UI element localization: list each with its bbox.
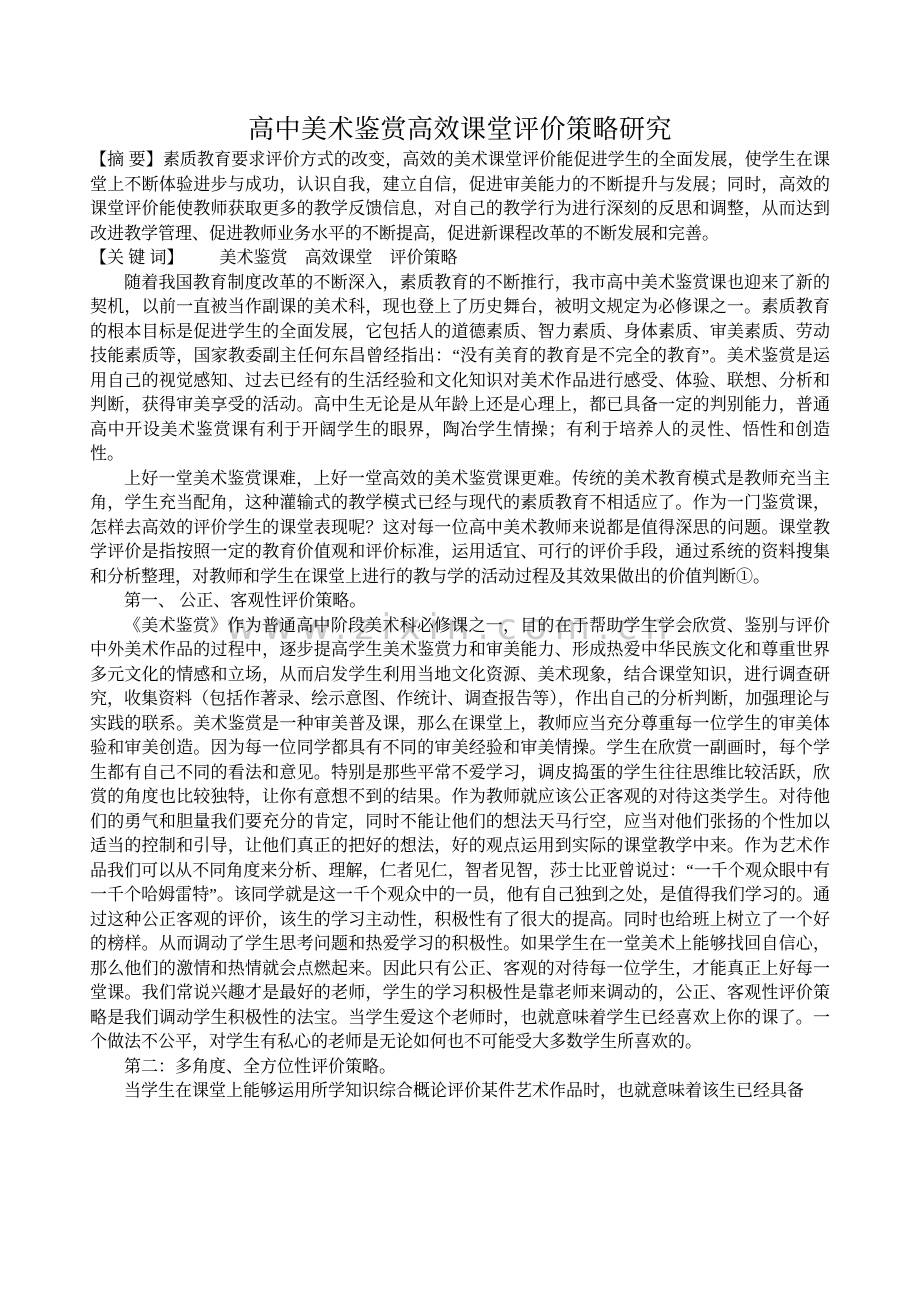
keywords-line: 【关 键 词】美术鉴赏 高效课堂 评价策略 [90, 246, 830, 271]
document-content: 高中美术鉴赏高效课堂评价策略研究 【摘 要】素质教育要求评价方式的改变，高效的美… [0, 0, 920, 1104]
abstract-paragraph: 【摘 要】素质教育要求评价方式的改变，高效的美术课堂评价能促进学生的全面发展，使… [90, 148, 830, 246]
body-paragraph-strategy-two: 当学生在课堂上能够运用所学知识综合概论评价某件艺术作品时，也就意味着该生已经具备 [90, 1079, 830, 1104]
section-heading-second: 第二：多角度、全方位性评价策略。 [90, 1055, 830, 1080]
body-paragraph-intro: 随着我国教育制度改革的不断深入，素质教育的不断推行，我市高中美术鉴赏课也迎来了新… [90, 271, 830, 467]
keywords-label: 【关 键 词】 [90, 248, 184, 267]
document-page: www.zixin.com.cn 高中美术鉴赏高效课堂评价策略研究 【摘 要】素… [0, 0, 920, 1302]
abstract-label: 【摘 要】 [90, 150, 163, 169]
body-paragraph-problem: 上好一堂美术鉴赏课难，上好一堂高效的美术鉴赏课更难。传统的美术教育模式是教师充当… [90, 467, 830, 590]
body-paragraph-strategy-one: 《美术鉴赏》作为普通高中阶段美术科必修课之一，目的在于帮助学生学会欣赏、鉴别与评… [90, 614, 830, 1055]
keywords-text: 美术鉴赏 高效课堂 评价策略 [220, 248, 458, 267]
document-title: 高中美术鉴赏高效课堂评价策略研究 [90, 112, 830, 148]
section-heading-first: 第一、 公正、客观性评价策略。 [90, 589, 830, 614]
abstract-text: 素质教育要求评价方式的改变，高效的美术课堂评价能促进学生的全面发展，使学生在课堂… [90, 150, 830, 243]
